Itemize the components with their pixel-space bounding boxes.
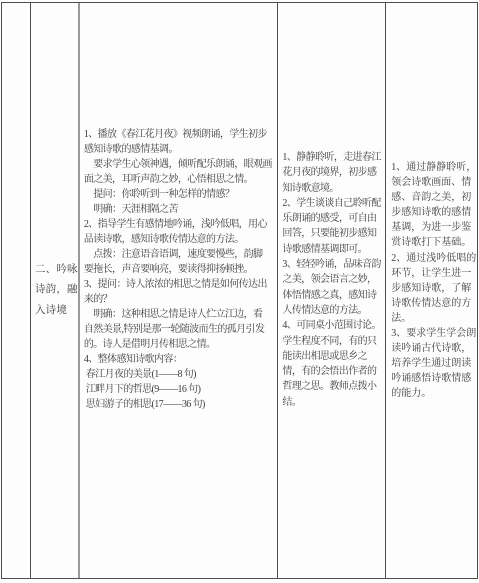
text-line: 面之美，耳听声韵之妙，心悟相思之情。 <box>84 172 276 187</box>
text-line: 明确：天涯相隔之苦 <box>84 202 276 217</box>
text-line: 基调，为进一步鉴 <box>391 220 476 235</box>
text-line: 吟诵感悟诗歌情感 <box>391 371 476 386</box>
text-line: 2、通过浅吟低唱的 <box>391 251 476 266</box>
text-line: 能读出相思或思乡之 <box>282 349 383 364</box>
text-line: 2、指导学生有感情地吟诵，浅吟低唱，用心 <box>84 217 276 232</box>
text-line: 体悟情感之真，感知诗 <box>282 288 383 303</box>
text-line: 学生程度不同，有的只 <box>282 334 383 349</box>
text-line: 培养学生通过朗读 <box>391 356 476 371</box>
text-line: 江畔月下的哲思(9——16 句) <box>84 382 276 397</box>
text-line: 赏诗歌打下基础。 <box>391 235 476 250</box>
text-line: 4、整体感知诗歌内容： <box>84 352 276 367</box>
lesson-plan-table: 二、吟咏诗韵，融入诗境 1、播放《春江花月夜》视频朗诵，学生初步感知诗歌的感情基… <box>1 2 478 579</box>
text-line: 要求学生心领神遇，倾听配乐朗诵，眼观画 <box>84 157 276 172</box>
text-line: 步感知诗歌的感情 <box>391 205 476 220</box>
text-line: 1、通过静静聆听， <box>391 160 476 175</box>
text-line: 哲理之思。教师点拨小 <box>282 379 383 394</box>
text-line: 明确：这种相思之情是诗人伫立江边，看 <box>84 307 276 322</box>
text-line: 诗歌感情基调即可。 <box>282 242 383 257</box>
text-line: 春江月夜的美景(1——8 句) <box>84 367 276 382</box>
text-line: 环节，让学生进一 <box>391 266 476 281</box>
text-line: 来的？ <box>84 292 276 307</box>
text-line: 的能力。 <box>391 386 476 401</box>
text-line: 步感知诗歌，了解 <box>391 281 476 296</box>
text-line: 领会诗歌画面、情 <box>391 175 476 190</box>
empty-cell <box>2 3 31 578</box>
student-activities-cell: 1、静静聆听，走进春江花月夜的境界，初步感知诗歌意境。2、学生谈谈自己聆听配乐朗… <box>278 3 386 578</box>
text-line: 感、音韵之美，初 <box>391 190 476 205</box>
text-line: 入诗境 <box>35 301 78 322</box>
text-line: 之美，领会语言之妙， <box>282 272 383 287</box>
text-line: 自然美景,特别是那一轮随波而生的孤月引发 <box>84 322 276 337</box>
text-line: 情，有的会悟出作者的 <box>282 364 383 379</box>
text-line: 2、学生谈谈自己聆听配 <box>282 196 383 211</box>
text-line: 要拖长，声音要响亮，要读得抑扬顿挫。 <box>84 262 276 277</box>
text-line: 品读诗歌，感知诗歌传情达意的方法。 <box>84 232 276 247</box>
teaching-process-cell: 1、播放《春江花月夜》视频朗诵，学生初步感知诗歌的感情基调。 要求学生心领神遇，… <box>80 3 279 578</box>
text-line: 的。诗人是借明月传相思之情。 <box>84 337 276 352</box>
text-line: 法。 <box>391 311 476 326</box>
scanned-document-page: 二、吟咏诗韵，融入诗境 1、播放《春江花月夜》视频朗诵，学生初步感知诗歌的感情基… <box>0 0 479 583</box>
text-line: 诗歌传情达意的方 <box>391 296 476 311</box>
text-line: 4、可同桌小范围讨论。 <box>282 318 383 333</box>
text-line: 1、静静聆听，走进春江 <box>282 150 383 165</box>
design-intent-cell: 1、通过静静聆听，领会诗歌画面、情感、音韵之美，初步感知诗歌的感情基调，为进一步… <box>386 3 477 578</box>
text-line: 3、要求学生学会朗 <box>391 326 476 341</box>
text-line: 花月夜的境界，初步感 <box>282 165 383 180</box>
text-line: 读吟诵古代诗歌， <box>391 341 476 356</box>
text-line: 3、提问：诗人浓浓的相思之情是如何传达出 <box>84 277 276 292</box>
text-line: 思妇游子的相思(17——36 句) <box>84 397 276 412</box>
text-line: 知诗歌意境。 <box>282 181 383 196</box>
text-line: 人传情达意的方法。 <box>282 303 383 318</box>
section-title-cell: 二、吟咏诗韵，融入诗境 <box>31 3 80 578</box>
text-line: 感知诗歌的感情基调。 <box>84 142 276 157</box>
text-line: 提问：你聆听到一种怎样的情感？ <box>84 187 276 202</box>
text-line: 回答，只要能初步感知 <box>282 226 383 241</box>
text-line: 1、播放《春江花月夜》视频朗诵，学生初步 <box>84 127 276 142</box>
text-line: 乐朗诵的感受，可自由 <box>282 211 383 226</box>
text-line: 点拨：注意语音语调，速度要慢些，韵脚 <box>84 247 276 262</box>
text-line: 诗韵，融 <box>35 280 78 301</box>
text-line: 结。 <box>282 395 383 410</box>
text-line: 3、轻轻吟诵，品味音韵 <box>282 257 383 272</box>
text-line: 二、吟咏 <box>35 260 78 281</box>
